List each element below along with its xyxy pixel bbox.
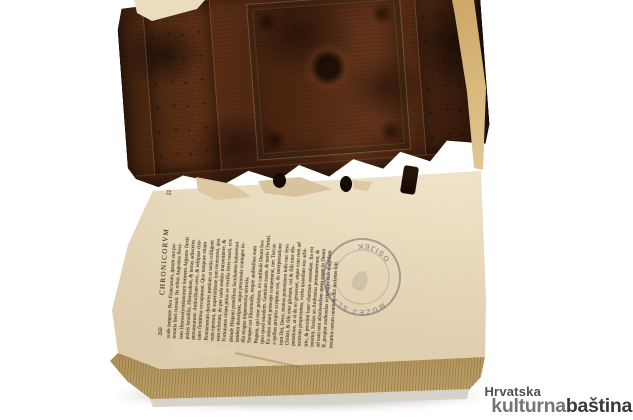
watermark-regular-part: kulturna (491, 395, 566, 417)
cover-center-panel (246, 0, 411, 160)
cover-hole (340, 176, 352, 192)
cover-hole (273, 173, 286, 188)
cover-ornament-band-left (142, 0, 222, 175)
embossed-leather-cover (115, 0, 492, 193)
watermark-line2: kulturnabaština (484, 397, 632, 417)
photo-canvas: 260 CHRONICORVM 22 eode tempore Rex Fran… (0, 0, 633, 420)
folio-number-left: 260 (158, 327, 164, 336)
stamp-emblem (349, 268, 371, 292)
watermark: Hrvatska kulturnabaština (484, 385, 632, 417)
watermark-bold-part: baština (566, 395, 632, 417)
folio-number-right: 22 (166, 190, 172, 196)
